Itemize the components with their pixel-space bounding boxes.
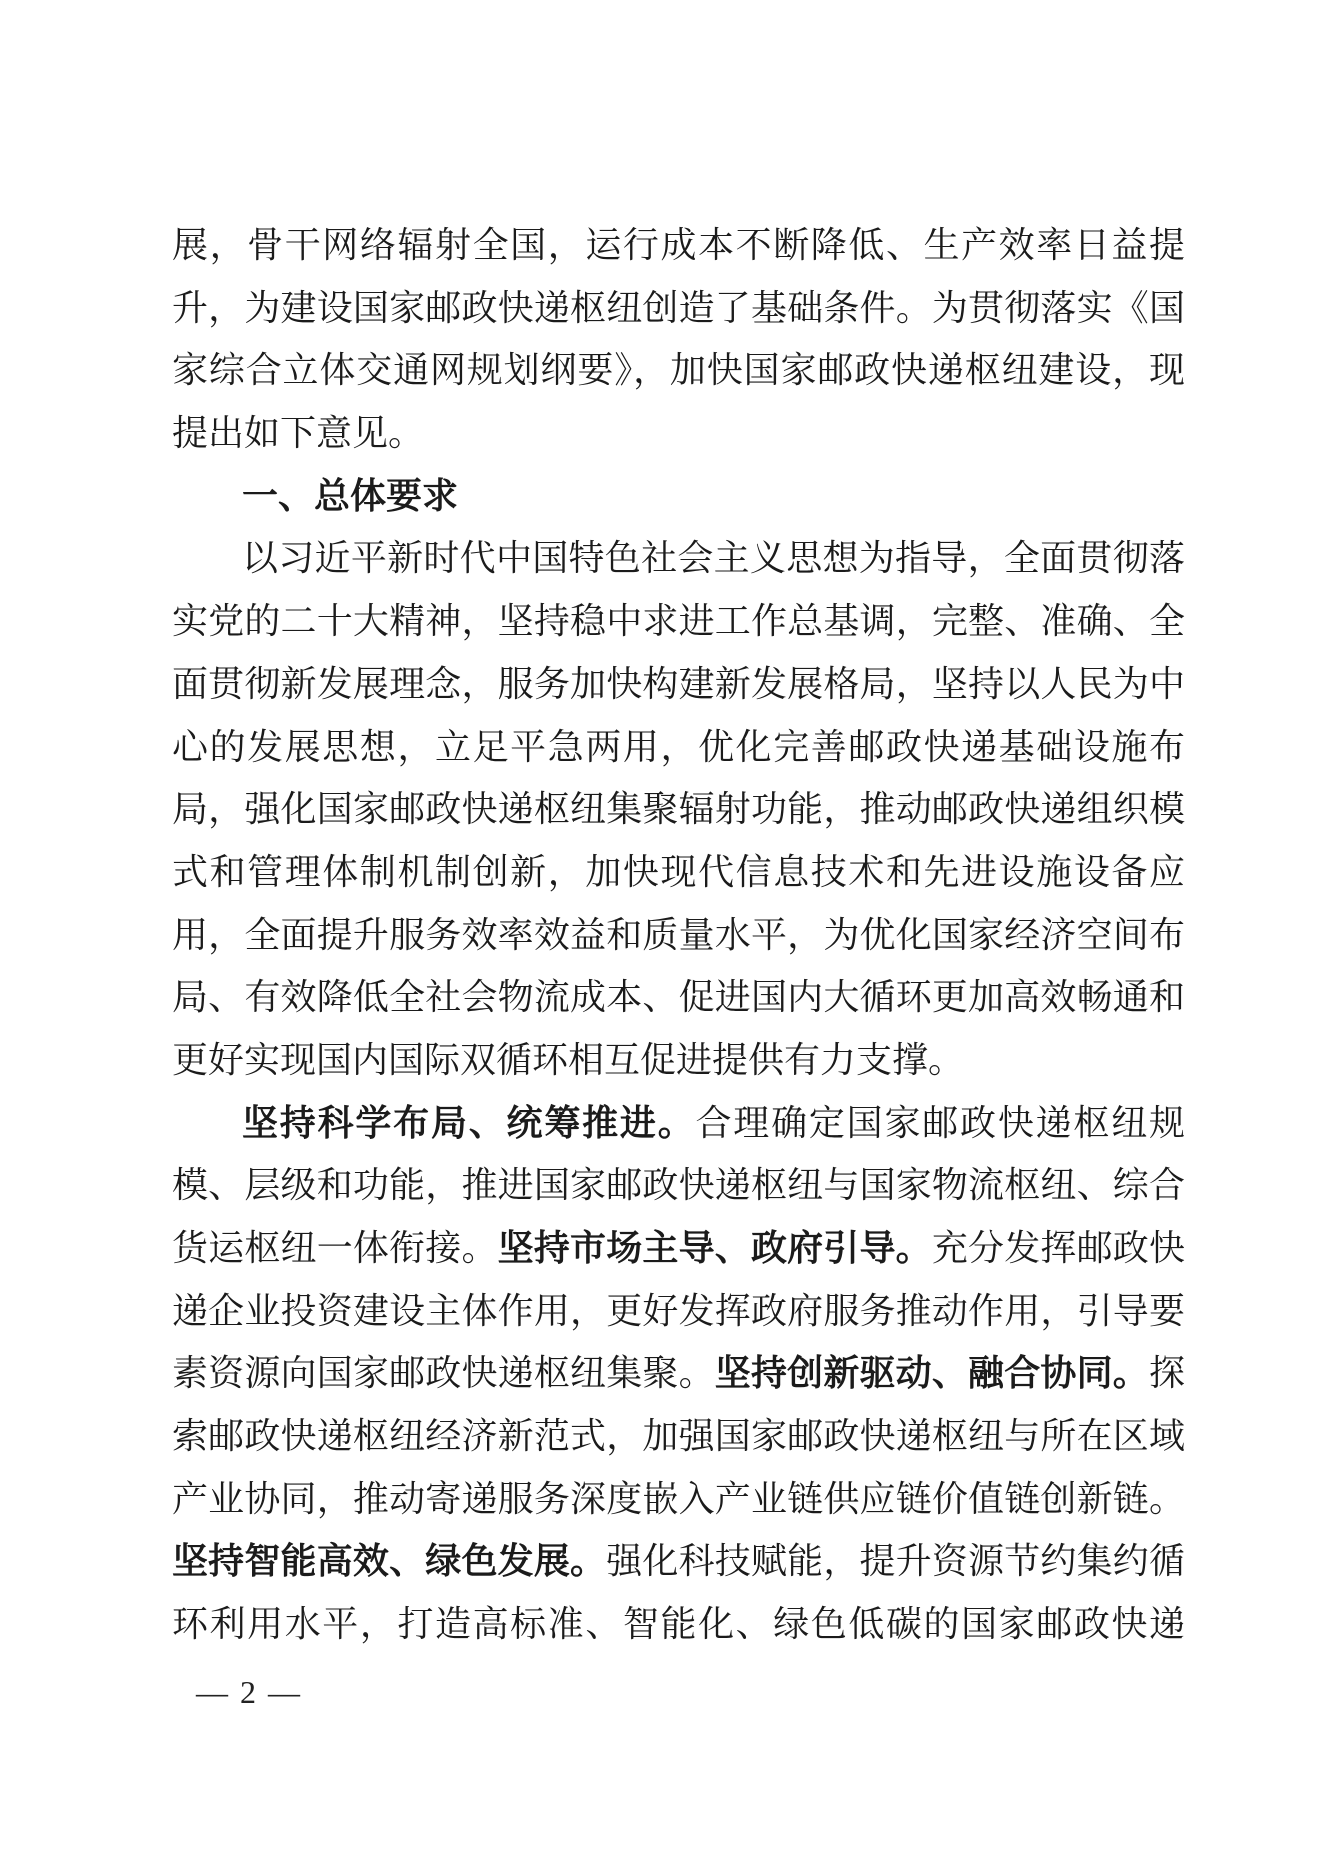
text-line: 产业协同，推动寄递服务深度嵌入产业链供应链价值链创新链。 xyxy=(172,1468,1185,1531)
text-run: 心的发展思想，立足平急两用，优化完善邮政快递基础设施布 xyxy=(172,727,1185,767)
text-line: 心的发展思想，立足平急两用，优化完善邮政快递基础设施布 xyxy=(172,716,1185,779)
page-footer: — 2 — xyxy=(196,1672,302,1712)
text-run: 局、有效降低全社会物流成本、促进国内大循环更加高效畅通和 xyxy=(172,977,1185,1017)
text-run: 充分发挥邮政快 xyxy=(932,1228,1185,1268)
text-run: 素资源向国家邮政快递枢纽集聚。 xyxy=(172,1353,715,1393)
text-run: 产业协同，推动寄递服务深度嵌入产业链供应链价值链创新链。 xyxy=(172,1479,1185,1519)
text-run: 家综合立体交通网规划纲要》，加快国家邮政快递枢纽建设，现 xyxy=(172,350,1185,390)
emphasis-text-run: 一、总体要求 xyxy=(242,475,458,516)
emphasis-text-run: 坚持科学布局、统筹推进。 xyxy=(242,1102,696,1143)
text-run: 探 xyxy=(1149,1353,1185,1393)
text-run: 用，全面提升服务效率效益和质量水平，为优化国家经济空间布 xyxy=(172,915,1185,955)
text-line: 实党的二十大精神，坚持稳中求进工作总基调，完整、准确、全 xyxy=(172,590,1185,653)
text-run: 式和管理体制机制创新，加快现代信息技术和先进设施设备应 xyxy=(172,852,1185,892)
text-line: 模、层级和功能，推进国家邮政快递枢纽与国家物流枢纽、综合 xyxy=(172,1154,1185,1217)
text-line: 索邮政快递枢纽经济新范式，加强国家邮政快递枢纽与所在区域 xyxy=(172,1405,1185,1468)
text-run: 货运枢纽一体衔接。 xyxy=(172,1228,498,1268)
text-line: 展，骨干网络辐射全国，运行成本不断降低、生产效率日益提 xyxy=(172,214,1185,277)
emphasis-text-run: 坚持智能高效、绿色发展。 xyxy=(172,1540,606,1581)
text-line: 家综合立体交通网规划纲要》，加快国家邮政快递枢纽建设，现 xyxy=(172,339,1185,402)
text-line: 素资源向国家邮政快递枢纽集聚。坚持创新驱动、融合协同。探 xyxy=(172,1342,1185,1405)
text-line: 坚持科学布局、统筹推进。合理确定国家邮政快递枢纽规 xyxy=(172,1092,1185,1155)
text-run: 展，骨干网络辐射全国，运行成本不断降低、生产效率日益提 xyxy=(172,225,1185,265)
text-line: 环利用水平，打造高标准、智能化、绿色低碳的国家邮政快递 xyxy=(172,1593,1185,1656)
text-line: 坚持智能高效、绿色发展。强化科技赋能，提升资源节约集约循 xyxy=(172,1530,1185,1593)
text-run: 模、层级和功能，推进国家邮政快递枢纽与国家物流枢纽、综合 xyxy=(172,1165,1185,1205)
text-run: 合理确定国家邮政快递枢纽规 xyxy=(696,1103,1186,1143)
text-line: 递企业投资建设主体作用，更好发挥政府服务推动作用，引导要 xyxy=(172,1280,1185,1343)
text-run: 升，为建设国家邮政快递枢纽创造了基础条件。为贯彻落实《国 xyxy=(172,288,1185,328)
text-line: 升，为建设国家邮政快递枢纽创造了基础条件。为贯彻落实《国 xyxy=(172,277,1185,340)
text-line: 提出如下意见。 xyxy=(172,402,1185,465)
text-run: 强化科技赋能，提升资源节约集约循 xyxy=(606,1541,1185,1581)
emphasis-text-run: 坚持创新驱动、融合协同。 xyxy=(715,1352,1149,1393)
text-run: 索邮政快递枢纽经济新范式，加强国家邮政快递枢纽与所在区域 xyxy=(172,1416,1185,1456)
text-line: 式和管理体制机制创新，加快现代信息技术和先进设施设备应 xyxy=(172,841,1185,904)
text-run: 面贯彻新发展理念，服务加快构建新发展格局，坚持以人民为中 xyxy=(172,664,1185,704)
text-line: 用，全面提升服务效率效益和质量水平，为优化国家经济空间布 xyxy=(172,904,1185,967)
text-line: 局，强化国家邮政快递枢纽集聚辐射功能，推动邮政快递组织模 xyxy=(172,778,1185,841)
emphasis-text-run: 坚持市场主导、政府引导。 xyxy=(498,1227,932,1268)
text-line: 面贯彻新发展理念，服务加快构建新发展格局，坚持以人民为中 xyxy=(172,653,1185,716)
text-run: 实党的二十大精神，坚持稳中求进工作总基调，完整、准确、全 xyxy=(172,601,1185,641)
text-run: 递企业投资建设主体作用，更好发挥政府服务推动作用，引导要 xyxy=(172,1291,1185,1331)
text-line: 更好实现国内国际双循环相互促进提供有力支撑。 xyxy=(172,1029,1185,1092)
page-number: — 2 — xyxy=(196,1674,302,1710)
text-run: 局，强化国家邮政快递枢纽集聚辐射功能，推动邮政快递组织模 xyxy=(172,789,1185,829)
text-line: 以习近平新时代中国特色社会主义思想为指导，全面贯彻落 xyxy=(172,527,1185,590)
text-run: 以习近平新时代中国特色社会主义思想为指导，全面贯彻落 xyxy=(242,538,1185,578)
text-run: 环利用水平，打造高标准、智能化、绿色低碳的国家邮政快递 xyxy=(172,1604,1185,1644)
text-line: 局、有效降低全社会物流成本、促进国内大循环更加高效畅通和 xyxy=(172,966,1185,1029)
text-run: 更好实现国内国际双循环相互促进提供有力支撑。 xyxy=(172,1040,964,1080)
document-body: 展，骨干网络辐射全国，运行成本不断降低、生产效率日益提升，为建设国家邮政快递枢纽… xyxy=(172,214,1185,1656)
text-run: 提出如下意见。 xyxy=(172,413,424,453)
document-page: 展，骨干网络辐射全国，运行成本不断降低、生产效率日益提升，为建设国家邮政快递枢纽… xyxy=(0,0,1323,1871)
section-heading: 一、总体要求 xyxy=(172,465,1185,528)
text-line: 货运枢纽一体衔接。坚持市场主导、政府引导。充分发挥邮政快 xyxy=(172,1217,1185,1280)
